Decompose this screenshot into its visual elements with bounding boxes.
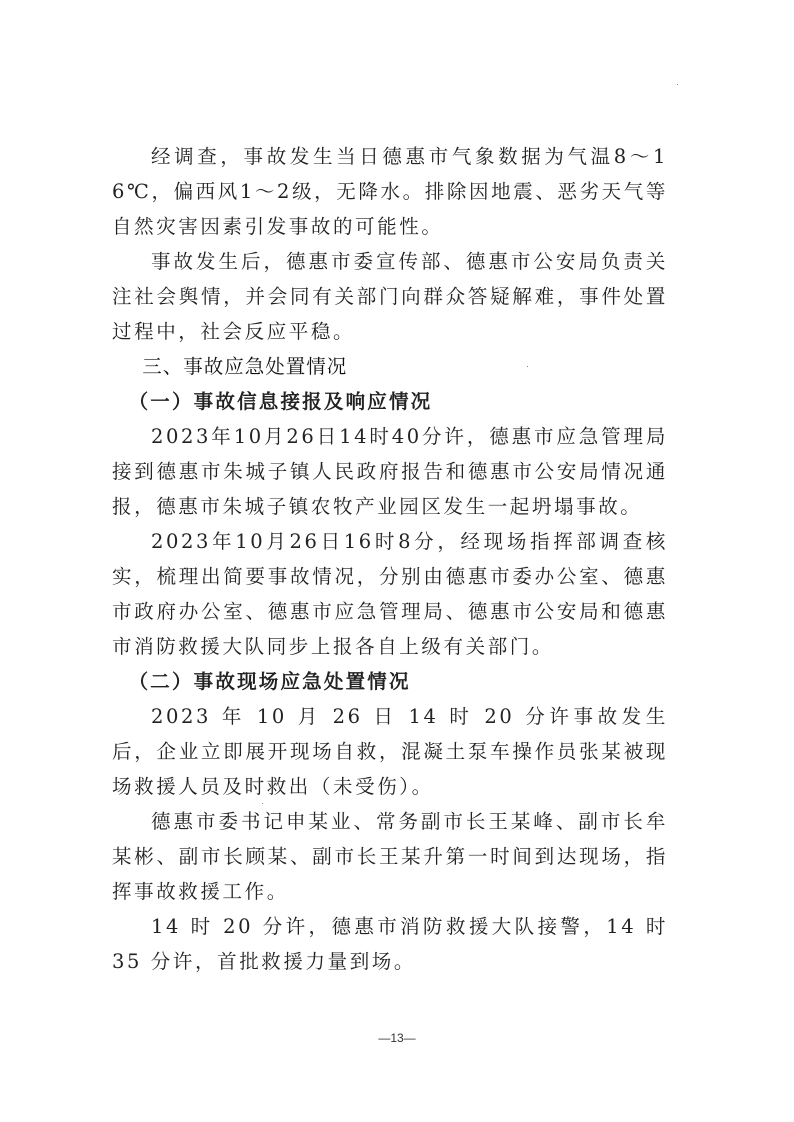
subsection-heading-info-report: （一）事故信息接报及响应情况 xyxy=(112,384,668,419)
scan-speck xyxy=(527,366,528,367)
paragraph-weather-investigation: 经调查，事故发生当日德惠市气象数据为气温8～16℃，偏西风1～2级，无降水。排除… xyxy=(112,139,668,244)
scan-speck xyxy=(677,84,678,85)
paragraph-report-verified: 2023年10月26日16时8分，经现场指挥部调查核实，梳理出简要事故情况，分别… xyxy=(112,524,668,664)
paragraph-officials-arrival: 德惠市委书记申某业、常务副市长王某峰、副市长牟某彬、副市长顾某、副市长王某升第一… xyxy=(112,804,668,909)
document-body: 经调查，事故发生当日德惠市气象数据为气温8～16℃，偏西风1～2级，无降水。排除… xyxy=(112,139,668,979)
subsection-heading-onsite-response: （二）事故现场应急处置情况 xyxy=(112,664,668,699)
paragraph-public-opinion: 事故发生后，德惠市委宣传部、德惠市公安局负责关注社会舆情，并会同有关部门向群众答… xyxy=(112,244,668,349)
scan-speck xyxy=(262,803,263,804)
page-number: —13— xyxy=(0,1031,794,1045)
paragraph-report-received: 2023年10月26日14时40分许，德惠市应急管理局接到德惠市朱城子镇人民政府… xyxy=(112,419,668,524)
paragraph-fire-rescue-arrival: 14 时 20 分许，德惠市消防救援大队接警，14 时 35 分许，首批救援力量… xyxy=(112,909,668,979)
paragraph-self-rescue: 2023 年 10 月 26 日 14 时 20 分许事故发生后，企业立即展开现… xyxy=(112,699,668,804)
section-heading-emergency-response: 三、事故应急处置情况 xyxy=(112,349,668,384)
